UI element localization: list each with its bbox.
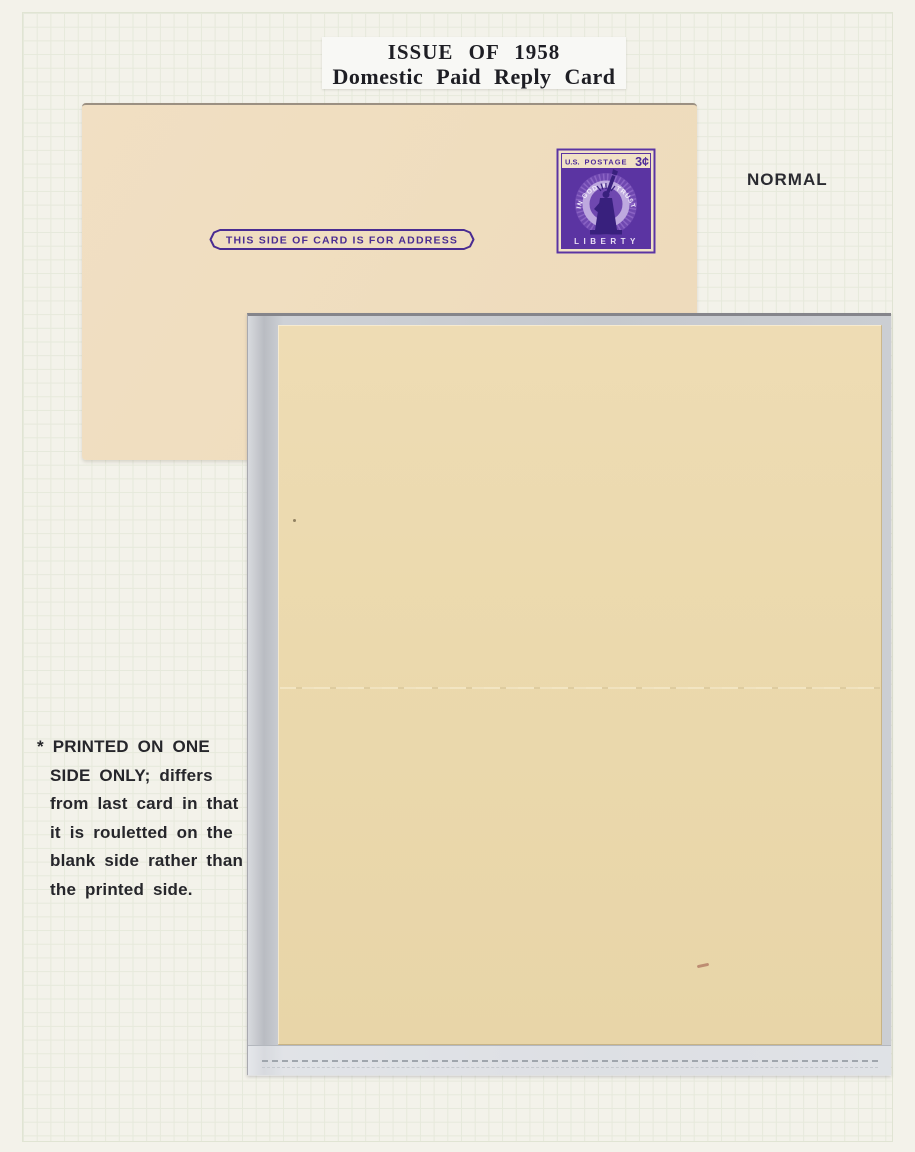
- title-line-1: ISSUE OF 1958: [322, 40, 626, 64]
- album-page: ISSUE OF 1958 Domestic Paid Reply Card T…: [0, 0, 915, 1152]
- note-line: it is rouletted on the: [37, 819, 252, 848]
- title-line-2: Domestic Paid Reply Card: [322, 64, 626, 89]
- card-speck-red: [697, 963, 709, 968]
- sleeve-roulette-marks: [262, 1060, 878, 1062]
- reply-card-blank-side: [278, 325, 882, 1045]
- roulette-crease: [280, 687, 880, 689]
- sleeve-roulette-marks-faint: [262, 1067, 878, 1068]
- note-line: the printed side.: [37, 876, 252, 905]
- normal-label: NORMAL: [747, 170, 828, 190]
- liberty-stamp: U.S. POSTAGE 3¢ IN GOD WE TRUST LIBERTY: [556, 148, 656, 254]
- card-speck-dark: [293, 519, 296, 522]
- stamp-liberty-text: LIBERTY: [574, 237, 640, 246]
- protective-sleeve: [247, 313, 891, 1075]
- note-line: blank side rather than: [37, 847, 252, 876]
- stamp-denomination-text: 3¢: [635, 155, 649, 169]
- stamp-country-text: U.S.: [565, 158, 580, 167]
- address-plaque: THIS SIDE OF CARD IS FOR ADDRESS: [208, 228, 476, 251]
- stamp-postage-text: POSTAGE: [584, 158, 627, 167]
- note-text-block: * PRINTED ON ONE SIDE ONLY; differs from…: [37, 733, 252, 904]
- title-label: ISSUE OF 1958 Domestic Paid Reply Card: [322, 37, 626, 89]
- note-line: * PRINTED ON ONE: [37, 733, 252, 762]
- note-line: SIDE ONLY; differs: [37, 762, 252, 791]
- note-line: from last card in that: [37, 790, 252, 819]
- address-plaque-text: THIS SIDE OF CARD IS FOR ADDRESS: [226, 235, 458, 247]
